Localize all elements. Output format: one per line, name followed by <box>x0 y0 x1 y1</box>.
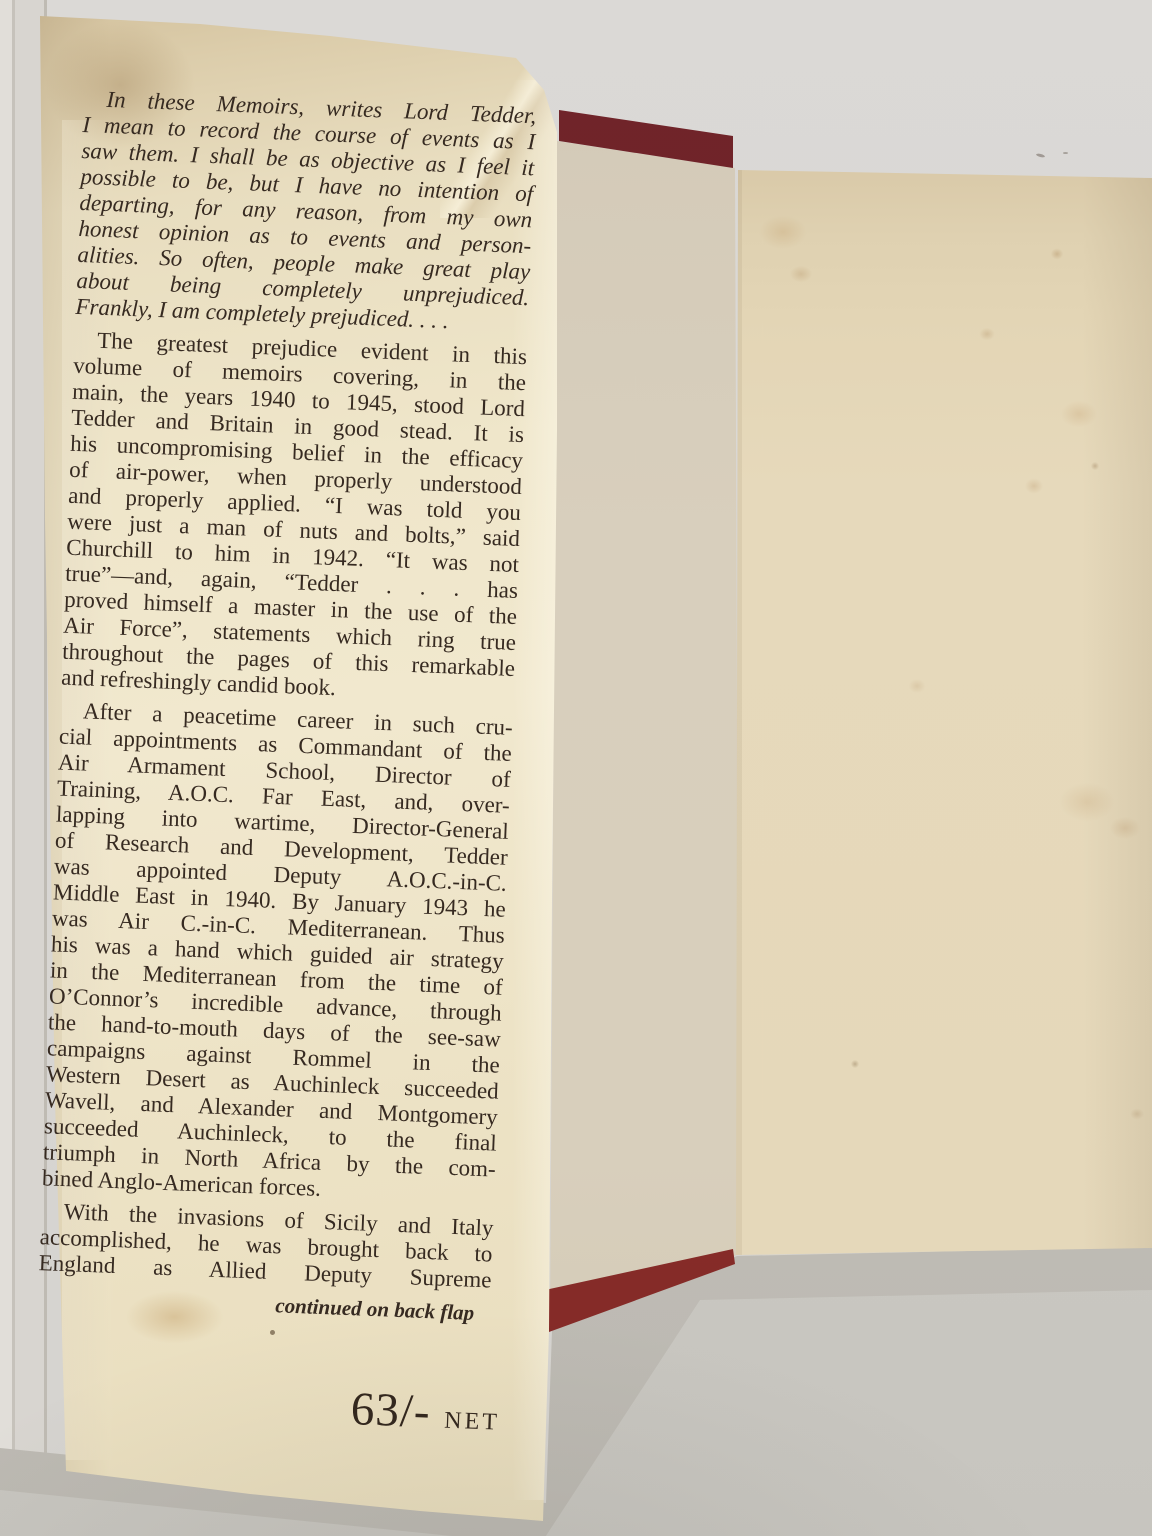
flap-paragraph: With the invasions of Sicily and Italyac… <box>38 1198 494 1293</box>
price-net-label: NET <box>444 1408 501 1436</box>
flap-text-block: In these Memoirs, writes Lord Tedder,I m… <box>37 86 537 1326</box>
flyleaf-page <box>735 166 1152 1258</box>
flap-paragraph: The greatest prejudice evident in thisvo… <box>61 327 528 708</box>
flap-paragraph: After a peacetime career in such cru-cia… <box>42 698 514 1209</box>
flap-paragraphs: In these Memoirs, writes Lord Tedder,I m… <box>38 86 536 1294</box>
flap-paragraph: In these Memoirs, writes Lord Tedder,I m… <box>75 86 537 337</box>
page-edge-tone <box>1082 166 1152 1258</box>
price-value: 63/- <box>350 1383 432 1438</box>
price-line: 63/-NET <box>350 1382 582 1445</box>
flap-speck <box>270 1330 275 1335</box>
wall-speck <box>1036 153 1045 158</box>
book-photo-scene: In these Memoirs, writes Lord Tedder,I m… <box>0 0 1152 1536</box>
wall-speck <box>1063 152 1068 154</box>
